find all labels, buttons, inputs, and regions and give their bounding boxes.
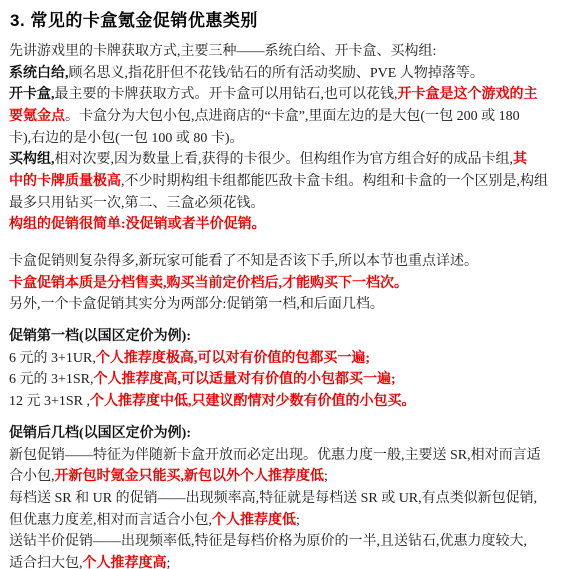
text-line: 卡),右边的是小包(一包 100 或 80 卡)。 — [9, 128, 577, 150]
text-line: 送钻半价促销——出现频率低,特征是每档价格为原价的一半,且送钻石,优惠力度较大, — [9, 531, 577, 553]
text-line: 构组的促销很简单:没促销或者半价促销。 — [9, 214, 577, 236]
text-run: 相对次要,因为数量上看,获得的卡很少。但构组作为官方组合好的成品卡组, — [55, 152, 514, 167]
text-run: 合小包, — [9, 469, 55, 484]
text-line: 开卡盒,最主要的卡牌获取方式。开卡盒可以用钻石,也可以花钱,开卡盒是这个游戏的主 — [9, 84, 577, 106]
section-title: 3. 常见的卡盒氪金促销优惠类别 — [10, 6, 258, 31]
paragraph-promo-later-tiers: 促销后几档(以国区定价为例):新包促销——特征为伴随新卡盒开放而必定出现。优惠力… — [9, 423, 577, 569]
text-line: 6 元的 3+1UR,个人推荐度极高,可以对有价值的包都买一遍; — [9, 348, 577, 370]
text-line: 新包促销——特征为伴随新卡盒开放而必定出现。优惠力度一般,主要送 SR,相对而言… — [9, 445, 577, 467]
text-run: ; — [167, 556, 171, 569]
text-run: 最主要的卡牌获取方式。开卡盒可以用钻石,也可以花钱, — [55, 87, 398, 102]
highlighted-text: 中的卡牌质量极高 — [9, 174, 121, 189]
highlighted-text: 个人推荐度极高,可以对有价值的包都买一遍; — [96, 351, 370, 366]
highlighted-text: 开卡盒是这个游戏的主 — [398, 87, 538, 102]
text-run: ; — [324, 469, 328, 484]
text-run: 新包促销——特征为伴随新卡盒开放而必定出现。优惠力度一般,主要送 SR,相对而言… — [9, 448, 541, 463]
text-run: 另外,一个卡盒促销其实分为两部分:促销第一档,和后面几档。 — [9, 297, 384, 312]
text-line: 买构组,相对次要,因为数量上看,获得的卡很少。但构组作为官方组合好的成品卡组,其 — [9, 149, 577, 171]
text-line: 系统白给,顾名思义,指花肝但不花钱/钻石的所有活动奖励、PVE 人物掉落等。 — [9, 63, 577, 85]
paragraph-card-acquisition: 先讲游戏里的卡牌获取方式,主要三种——系统白给、开卡盒、买构组:系统白给,顾名思… — [9, 41, 577, 215]
text-run: 但优惠力度差,相对而言适合小包, — [9, 513, 212, 528]
emphasis-text: 促销第一档(以国区定价为例): — [9, 329, 191, 344]
text-line: 另外,一个卡盒促销其实分为两部分:促销第一档,和后面几档。 — [9, 294, 577, 316]
highlighted-text: 构组的促销很简单:没促销或者半价促销。 — [9, 217, 266, 232]
text-run: 。卡盒分为大包小包,点进商店的“卡盒”,里面左边的是大包(一包 200 或 18… — [65, 109, 520, 124]
highlighted-text: 要氪金点 — [9, 109, 65, 124]
text-line: 中的卡牌质量极高,不少时期构组卡组都能匹敌卡盒卡组。构组和卡盒的一个区别是,构组 — [9, 171, 577, 193]
emphasis-text: 开卡盒, — [9, 87, 55, 102]
text-line: 促销第一档(以国区定价为例): — [9, 326, 577, 348]
text-run: 每档送 SR 和 UR 的促销——出现频率高,特征就是每档送 SR 或 UR,有… — [9, 491, 537, 506]
emphasis-text: 系统白给, — [9, 66, 69, 81]
text-run: 6 元的 3+1SR, — [9, 372, 94, 387]
text-run: ,不少时期构组卡组都能匹敌卡盒卡组。构组和卡盒的一个区别是,构组 — [121, 174, 548, 189]
text-run: 卡),右边的是小包(一包 100 或 80 卡)。 — [9, 131, 244, 146]
paragraph-box-promo-intro: 卡盒促销则复杂得多,新玩家可能看了不知是否该下手,所以本节也重点详述。卡盒促销本… — [9, 251, 577, 316]
text-line: 适合扫大包,个人推荐度高; — [9, 553, 577, 569]
paragraph-promo-first-tier: 促销第一档(以国区定价为例):6 元的 3+1UR,个人推荐度极高,可以对有价值… — [9, 326, 577, 413]
text-run: 送钻半价促销——出现频率低,特征是每档价格为原价的一半,且送钻石,优惠力度较大, — [9, 534, 527, 549]
text-line: 每档送 SR 和 UR 的促销——出现频率高,特征就是每档送 SR 或 UR,有… — [9, 488, 577, 510]
text-line: 卡盒促销则复杂得多,新玩家可能看了不知是否该下手,所以本节也重点详述。 — [9, 251, 577, 273]
emphasis-text: 买构组, — [9, 152, 55, 167]
text-run: 12 元 3+1SR , — [9, 394, 90, 409]
text-line: 合小包,开新包时氪金只能买,新包以外个人推荐度低; — [9, 466, 577, 488]
text-run: 最多只用钻买一次,第二、三盒必须花钱。 — [9, 196, 265, 211]
document-page: 3. 常见的卡盒氪金促销优惠类别 先讲游戏里的卡牌获取方式,主要三种——系统白给… — [0, 0, 580, 569]
highlighted-text: 个人推荐度高 — [83, 556, 167, 569]
text-line: 先讲游戏里的卡牌获取方式,主要三种——系统白给、开卡盒、买构组: — [9, 41, 577, 63]
highlighted-text: 个人推荐度中低,只建议酌情对少数有价值的小包买。 — [90, 394, 416, 409]
text-line: 促销后几档(以国区定价为例): — [9, 423, 577, 445]
highlighted-text: 个人推荐度低 — [212, 513, 296, 528]
emphasis-text: 促销后几档(以国区定价为例): — [9, 426, 191, 441]
text-run: 顾名思义,指花肝但不花钱/钻石的所有活动奖励、PVE 人物掉落等。 — [69, 66, 484, 81]
text-line: 但优惠力度差,相对而言适合小包,个人推荐度低; — [9, 510, 577, 532]
text-run: 6 元的 3+1UR, — [9, 351, 96, 366]
text-line: 6 元的 3+1SR,个人推荐度高,可以适量对有价值的小包都买一遍; — [9, 369, 577, 391]
line-deck-promo-rule: 构组的促销很简单:没促销或者半价促销。 — [9, 214, 577, 236]
highlighted-text: 开新包时氪金只能买,新包以外个人推荐度低 — [55, 469, 325, 484]
text-run: 适合扫大包, — [9, 556, 83, 569]
highlighted-text: 个人推荐度高,可以适量对有价值的小包都买一遍; — [94, 372, 396, 387]
text-run: 卡盒促销则复杂得多,新玩家可能看了不知是否该下手,所以本节也重点详述。 — [9, 254, 478, 269]
text-run: ; — [296, 513, 300, 528]
text-line: 12 元 3+1SR ,个人推荐度中低,只建议酌情对少数有价值的小包买。 — [9, 391, 577, 413]
text-line: 最多只用钻买一次,第二、三盒必须花钱。 — [9, 193, 577, 215]
text-line: 要氪金点。卡盒分为大包小包,点进商店的“卡盒”,里面左边的是大包(一包 200 … — [9, 106, 577, 128]
highlighted-text: 卡盒促销本质是分档售卖,购买当前定价档后,才能购买下一档次。 — [9, 276, 408, 291]
highlighted-text: 其 — [513, 152, 527, 167]
text-line: 卡盒促销本质是分档售卖,购买当前定价档后,才能购买下一档次。 — [9, 273, 577, 295]
text-run: 先讲游戏里的卡牌获取方式,主要三种——系统白给、开卡盒、买构组: — [9, 44, 436, 59]
